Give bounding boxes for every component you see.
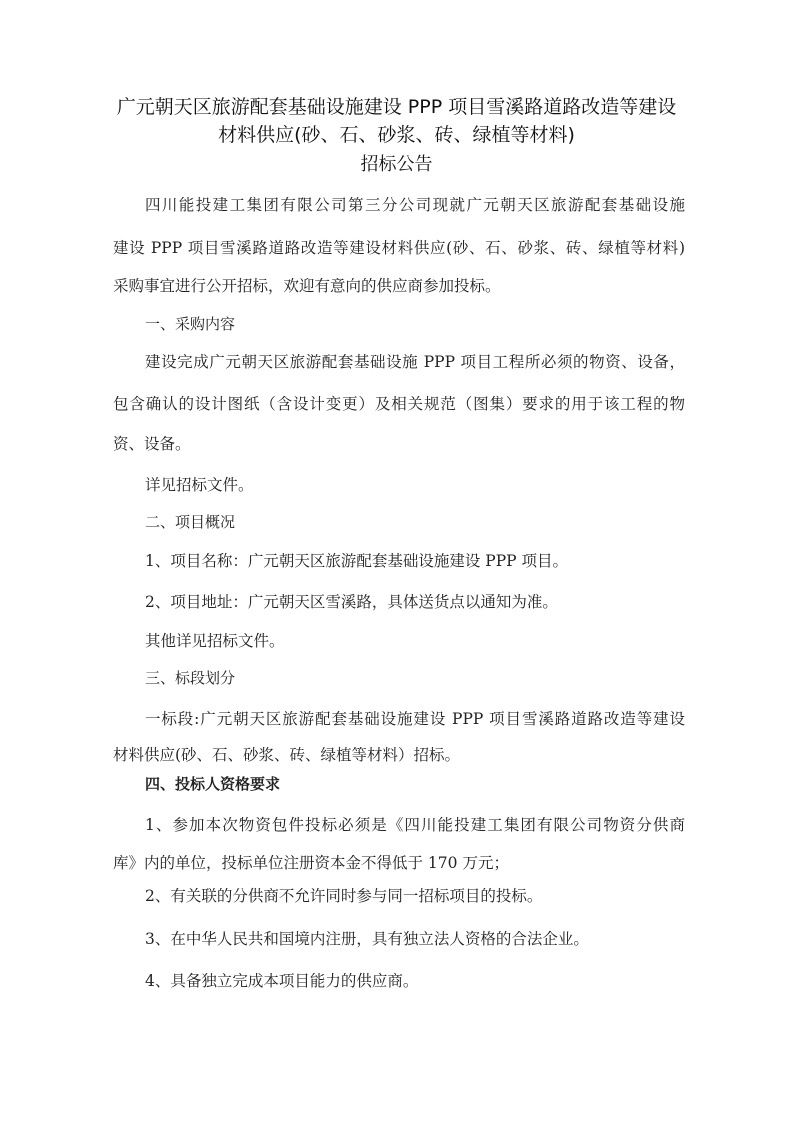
section1-note: 详见招标文件。	[145, 473, 254, 495]
intro-line-3: 采购事宜进行公开招标，欢迎有意向的供应商参加投标。	[113, 274, 501, 296]
section3-line-2: 材料供应(砂、石、砂浆、砖、绿植等材料）招标。	[113, 743, 460, 765]
section2-item-2: 2、项目地址：广元朝天区雪溪路，具体送货点以通知为准。	[145, 590, 558, 612]
intro-line-1: 四川能投建工集团有限公司第三分公司现就广元朝天区旅游配套基础设施	[145, 193, 685, 215]
section2-item-1: 1、项目名称：广元朝天区旅游配套基础设施建设 PPP 项目。	[145, 549, 568, 571]
section4-item-1-line-1: 1、参加本次物资包件投标必须是《四川能投建工集团有限公司物资分供商	[145, 813, 685, 835]
section1-heading: 一、采购内容	[145, 313, 235, 334]
section4-item-4: 4、具备独立完成本项目能力的供应商。	[145, 969, 418, 991]
document-title-line-1: 广元朝天区旅游配套基础设施建设 PPP 项目雪溪路道路改造等建设	[0, 92, 793, 119]
section4-item-1-line-2: 库》内的单位，投标单位注册资本金不得低于 170 万元；	[113, 851, 509, 873]
section1-line-1: 建设完成广元朝天区旅游配套基础设施 PPP 项目工程所必须的物资、设备，	[145, 350, 685, 372]
section4-heading: 四、投标人资格要求	[145, 773, 280, 794]
document-title-line-2: 材料供应(砂、石、砂浆、砖、绿植等材料)	[0, 120, 793, 147]
section2-heading: 二、项目概况	[145, 511, 235, 532]
section1-line-2: 包含确认的设计图纸（含设计变更）及相关规范（图集）要求的用于该工程的物	[113, 392, 685, 414]
section4-item-2: 2、有关联的分供商不允许同时参与同一招标项目的投标。	[145, 884, 542, 906]
section2-note: 其他详见招标文件。	[145, 629, 285, 651]
section3-line-1: 一标段:广元朝天区旅游配套基础设施建设 PPP 项目雪溪路道路改造等建设	[145, 707, 685, 729]
document-subtitle: 招标公告	[0, 150, 793, 176]
section4-item-3: 3、在中华人民共和国境内注册，具有独立法人资格的合法企业。	[145, 927, 589, 949]
section1-line-3: 资、设备。	[113, 432, 191, 454]
intro-line-2: 建设 PPP 项目雪溪路道路改造等建设材料供应(砂、石、砂浆、砖、绿植等材料)	[113, 236, 685, 258]
section3-heading: 三、标段划分	[145, 667, 235, 688]
document-page: 广元朝天区旅游配套基础设施建设 PPP 项目雪溪路道路改造等建设 材料供应(砂、…	[0, 0, 793, 1123]
